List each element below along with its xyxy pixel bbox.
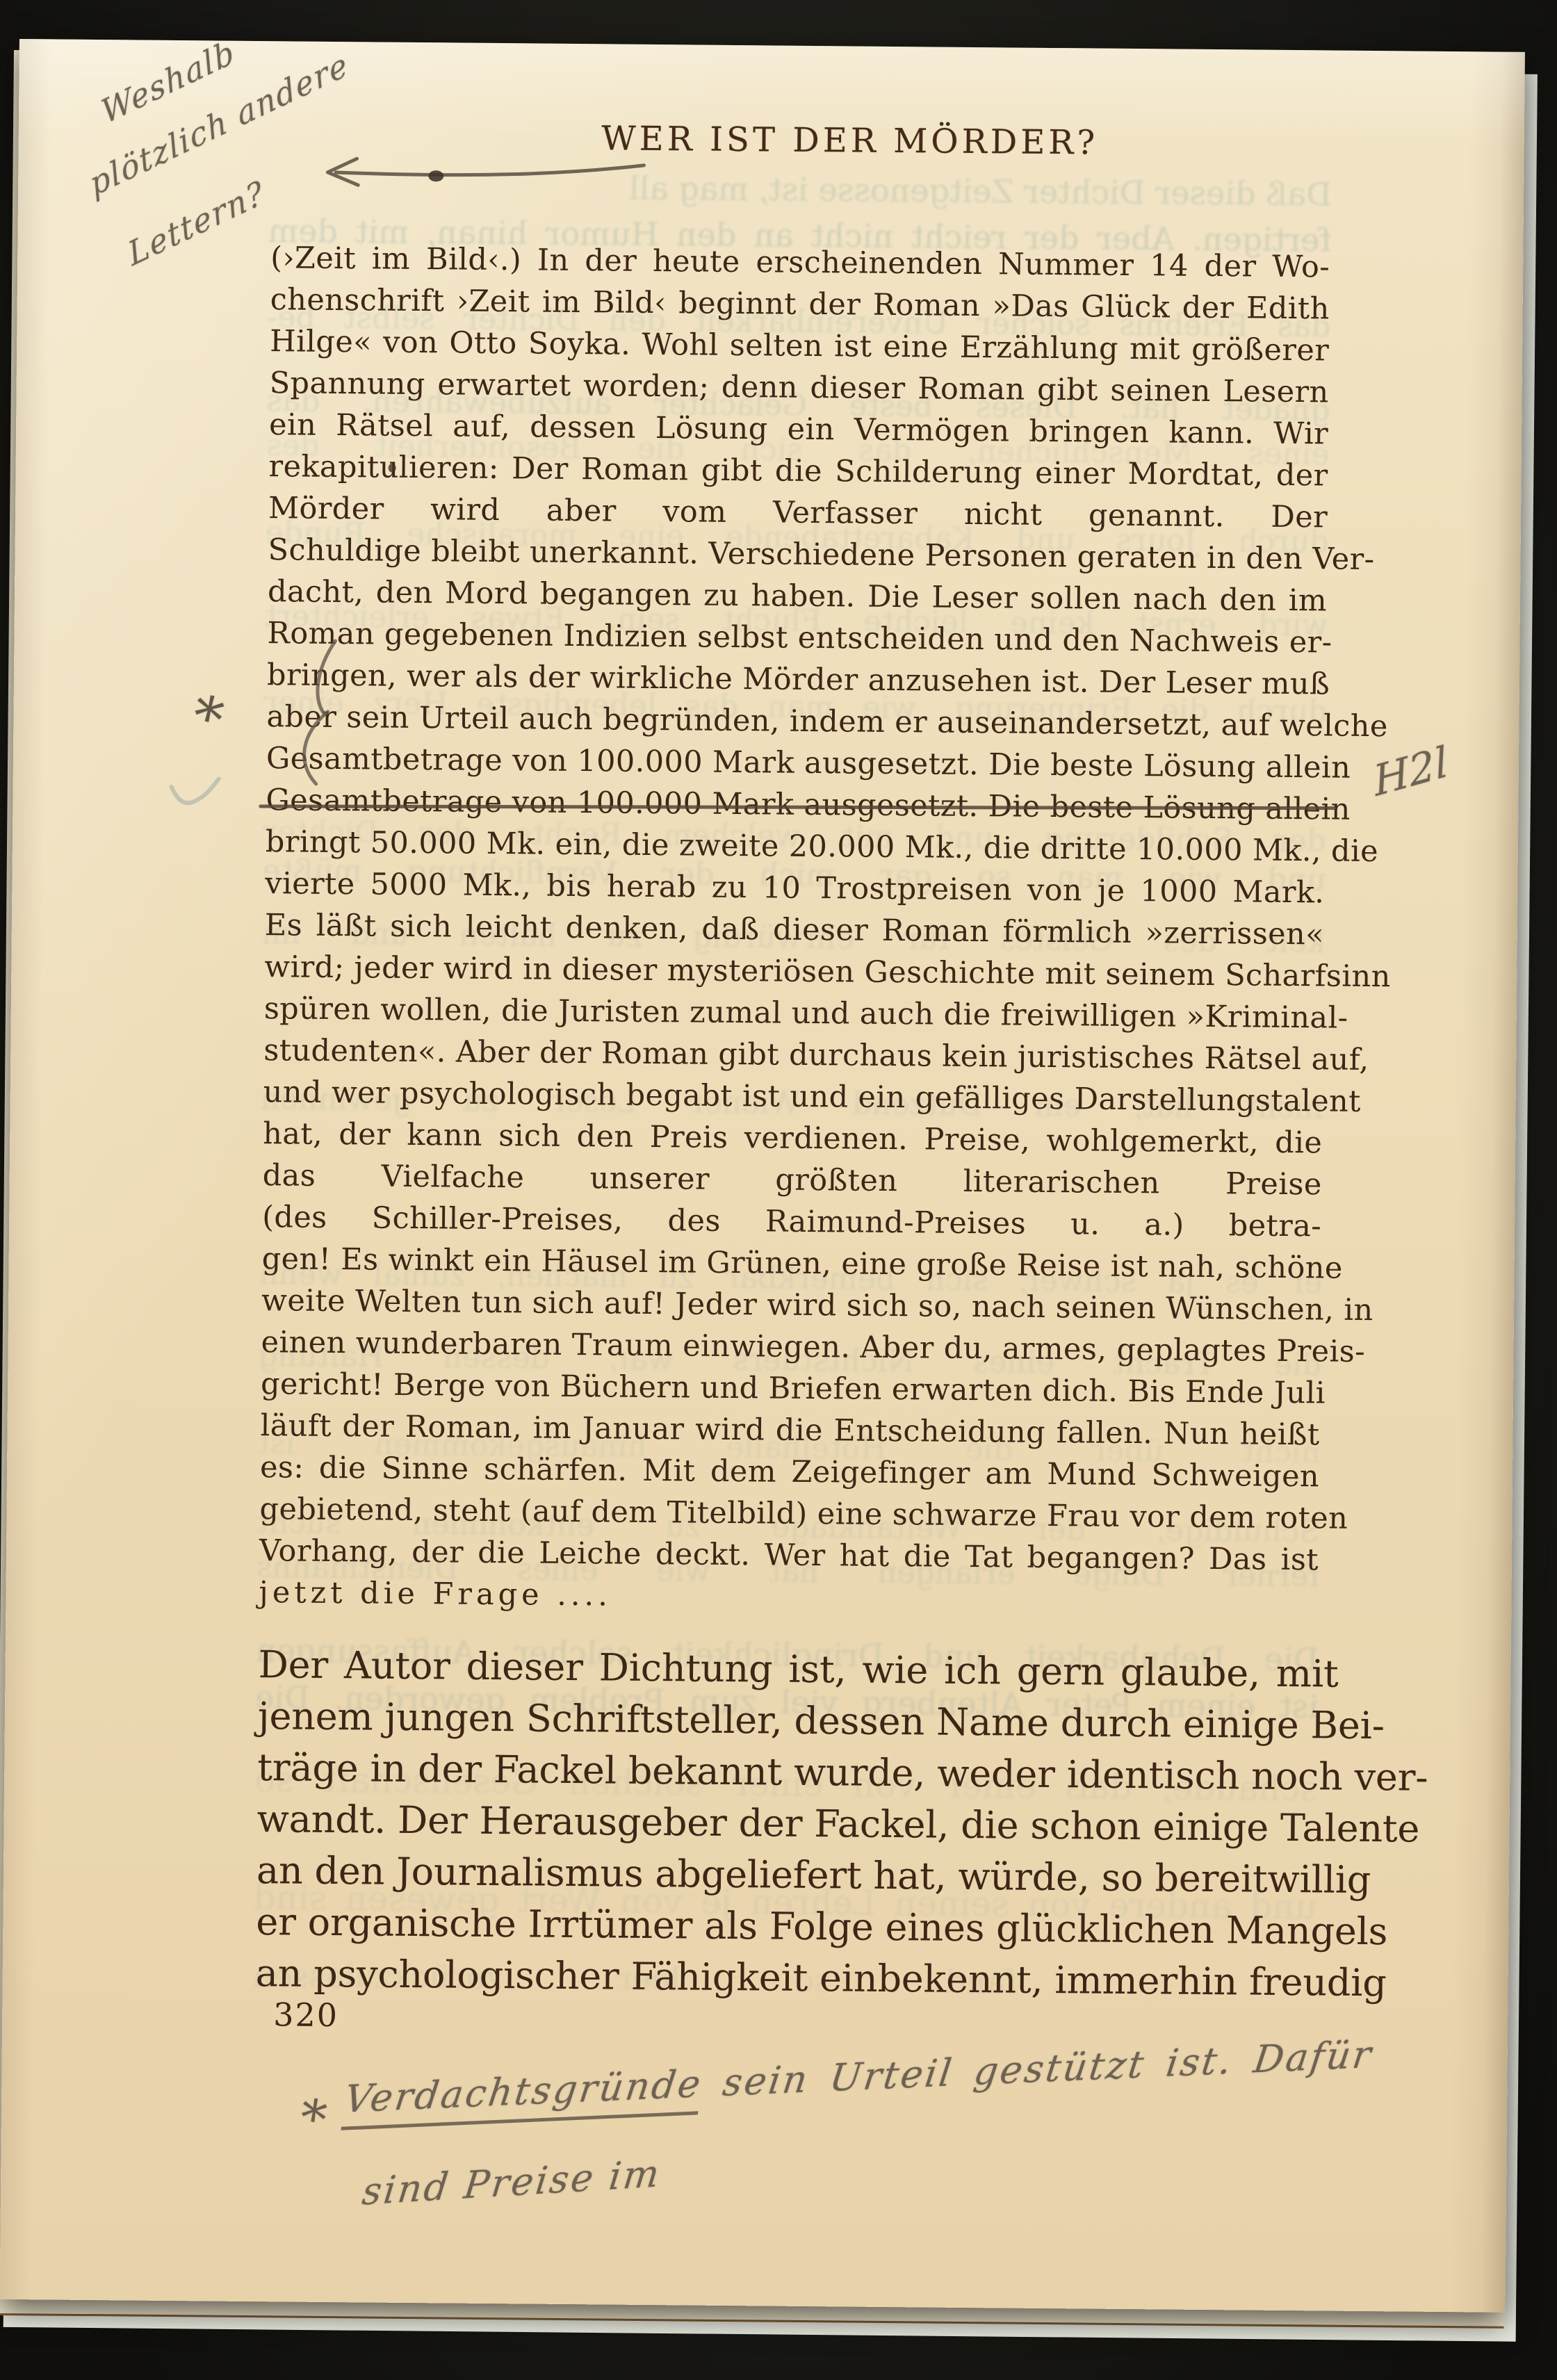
para2-line-1: Der Autor dieser Dichtung ist, wie ich g… (258, 1639, 1339, 1700)
para2-line-5: an den Journalismus abgeliefert hat, wür… (256, 1845, 1337, 1906)
handwritten-note-line3: Lettern? (124, 172, 268, 273)
footnote-line1: Verdachtsgründe sein Urteil gestützt ist… (342, 2032, 1376, 2121)
para2-line-6: er organische Irrtümer als Folge eines g… (256, 1896, 1337, 1957)
paragraph-2: Der Autor dieser Dichtung ist, wie ich g… (255, 1639, 1338, 2009)
para2-line-7: an psychologischer Fähigkeit einbekennt,… (255, 1948, 1336, 2009)
ink-blot (389, 464, 396, 473)
paragraph-1: (›Zeit im Bild‹.) In der heute erscheine… (259, 237, 1330, 1622)
para2-line-3: träge in der Fackel bekannt wurde, weder… (257, 1742, 1338, 1803)
margin-note-h2l: H2l (1371, 737, 1451, 806)
book-page: Daß dieser Dichter Zeitgenosse ist, mag … (0, 39, 1525, 2313)
bleedthrough-fragment-1: Daß dieser Dichter Zeitgenosse ist, mag … (630, 170, 1332, 213)
footnote-underlined-word: Verdachtsgründe (341, 2062, 705, 2130)
para2-line-4: wandt. Der Herausgeber der Fackel, die s… (256, 1793, 1337, 1855)
margin-asterisk: * (186, 682, 229, 755)
pencil-arrow-icon (300, 152, 648, 196)
page-number: 320 (273, 1996, 339, 2034)
para2-line-2: jenem jungen Schriftsteller, dessen Name… (258, 1690, 1339, 1752)
pencil-bracket-icon (283, 636, 347, 790)
scanned-document: Daß dieser Dichter Zeitgenosse ist, mag … (0, 0, 1557, 2380)
footnote-line2: sind Preise im (360, 2151, 664, 2214)
para1-line-33: jetzt die Frage .... (259, 1572, 1318, 1622)
bleedthrough-layer: Daß dieser Dichter Zeitgenosse ist, mag … (19, 39, 1525, 52)
footnote-asterisk: * (296, 2088, 330, 2151)
faint-check-icon (167, 772, 223, 814)
footnote-rest: sein Urteil gestützt ist. Dafür (720, 2032, 1376, 2105)
